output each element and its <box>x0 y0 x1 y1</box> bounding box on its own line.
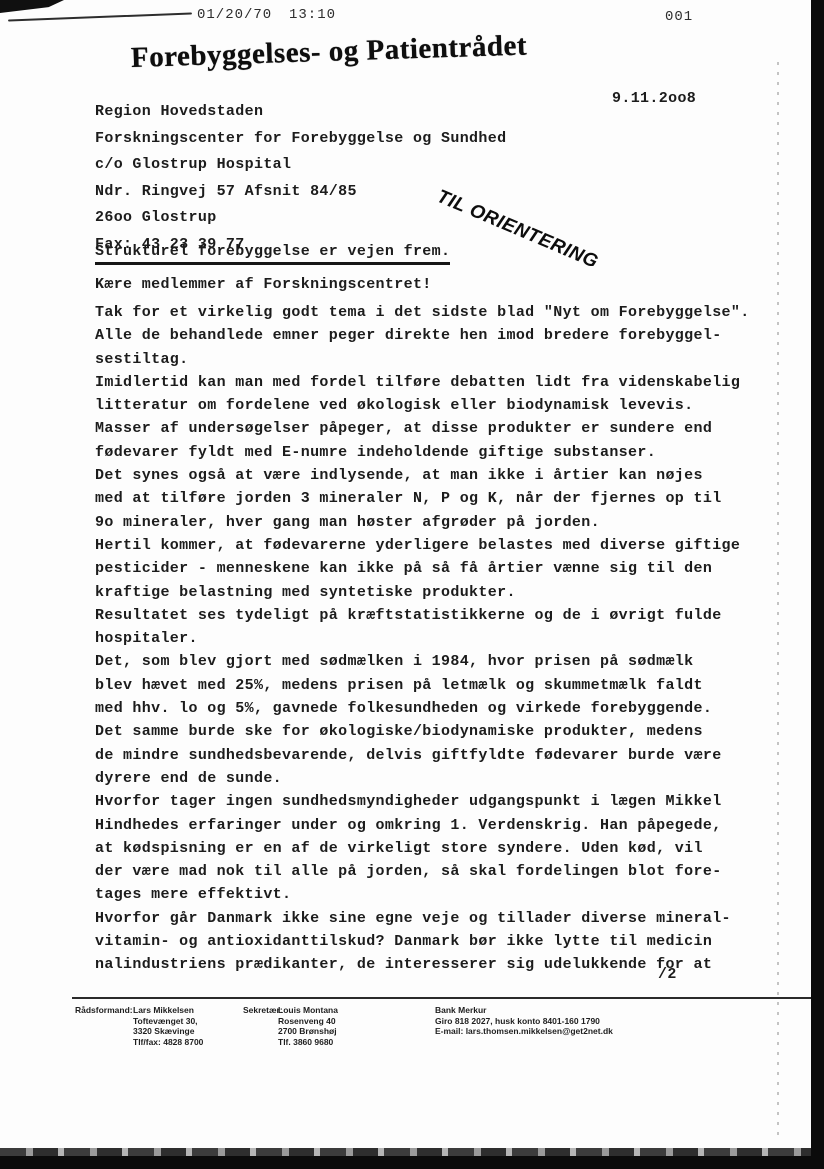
salutation: Kære medlemmer af Forskningscentret! <box>95 276 432 293</box>
secretary-contact-line: Rosenveng 40 <box>278 1016 338 1027</box>
organization-title: Forebyggelses- og Patientrådet <box>130 27 611 75</box>
bank-contact-line: Giro 818 2027, husk konto 8401-160 1790 <box>435 1016 613 1027</box>
chairman-contact-line: Lars Mikkelsen <box>133 1005 203 1016</box>
chairman-contact-block: Lars MikkelsenToftevænget 30,3320 Skævin… <box>133 1005 203 1047</box>
recipient-address-block: Region HovedstadenForskningscenter for F… <box>95 99 506 259</box>
body-text-line: litteratur om fordelene ved økologisk el… <box>95 394 767 417</box>
fax-header-time: 13:10 <box>289 7 336 23</box>
body-text-line: Det synes også at være indlysende, at ma… <box>95 464 767 487</box>
body-text-line: at kødspisning er en af de virkeligt sto… <box>95 837 767 860</box>
bank-contact-line: E-mail: lars.thomsen.mikkelsen@get2net.d… <box>435 1026 613 1037</box>
chairman-contact-line: Toftevænget 30, <box>133 1016 203 1027</box>
letter-body: Tak for et virkelig godt tema i det sids… <box>95 301 767 977</box>
body-text-line: Hertil kommer, at fødevarerne yderligere… <box>95 534 767 557</box>
body-text-line: sestiltag. <box>95 348 767 371</box>
scan-artifact-diagonal-line <box>8 12 192 21</box>
body-text-line: der være mad nok til alle på jorden, så … <box>95 860 767 883</box>
body-text-line: blev hævet med 25%, medens prisen på let… <box>95 674 767 697</box>
secretary-label: Sekretær: <box>243 1005 283 1016</box>
secretary-contact-line: Louis Montana <box>278 1005 338 1016</box>
fax-header-date: 01/20/70 <box>197 7 272 23</box>
scan-artifact-bottom-dashes <box>0 1148 824 1156</box>
scanned-fax-letter-page: 01/20/70 13:10 001 Forebyggelses- og Pat… <box>0 0 824 1169</box>
body-text-line: Tak for et virkelig godt tema i det sids… <box>95 301 767 324</box>
subject-line: Strukturel forebyggelse er vejen frem. <box>95 243 450 265</box>
body-text-line: vitamin- og antioxidanttilskud? Danmark … <box>95 930 767 953</box>
scan-artifact-corner-blob <box>0 0 64 13</box>
footer-divider-line <box>72 997 824 999</box>
recipient-address-line: Forskningscenter for Forebyggelse og Sun… <box>95 126 506 153</box>
secretary-contact-line: 2700 Brønshøj <box>278 1026 338 1037</box>
chairman-label: Rådsformand: <box>75 1005 133 1016</box>
chairman-contact-line: 3320 Skævinge <box>133 1026 203 1037</box>
bank-contact-line: Bank Merkur <box>435 1005 613 1016</box>
body-text-line: dyrere end de sunde. <box>95 767 767 790</box>
body-text-line: Resultatet ses tydeligt på kræftstatisti… <box>95 604 767 627</box>
chairman-contact-line: Tlf/fax: 4828 8700 <box>133 1037 203 1048</box>
recipient-address-line: Region Hovedstaden <box>95 99 506 126</box>
body-text-line: Hindhedes erfaringer under og omkring 1.… <box>95 814 767 837</box>
body-text-line: tages mere effektivt. <box>95 883 767 906</box>
secretary-contact-line: Tlf. 3860 9680 <box>278 1037 338 1048</box>
recipient-address-line: c/o Glostrup Hospital <box>95 152 506 179</box>
scan-artifact-dotted-column <box>777 62 779 1140</box>
letter-date: 9.11.2oo8 <box>612 90 696 107</box>
body-text-line: med hhv. lo og 5%, gavnede folkesundhede… <box>95 697 767 720</box>
body-text-line: Hvorfor går Danmark ikke sine egne veje … <box>95 907 767 930</box>
body-text-line: fødevarer fyldt med E-numre indeholdende… <box>95 441 767 464</box>
body-text-line: pesticider - menneskene kan ikke på så f… <box>95 557 767 580</box>
fax-page-counter: 001 <box>665 9 693 25</box>
body-text-line: Masser af undersøgelser påpeger, at diss… <box>95 417 767 440</box>
body-text-line: de mindre sundhedsbevarende, delvis gift… <box>95 744 767 767</box>
secretary-contact-block: Louis MontanaRosenveng 402700 BrønshøjTl… <box>278 1005 338 1047</box>
body-text-line: 9o mineraler, hver gang man høster afgrø… <box>95 511 767 534</box>
scan-artifact-right-edge <box>811 0 824 1169</box>
body-text-line: hospitaler. <box>95 627 767 650</box>
body-text-line: Imidlertid kan man med fordel tilføre de… <box>95 371 767 394</box>
body-text-line: Alle de behandlede emner peger direkte h… <box>95 324 767 347</box>
body-text-line: Hvorfor tager ingen sundhedsmyndigheder … <box>95 790 767 813</box>
body-text-line: med at tilføre jorden 3 mineraler N, P o… <box>95 487 767 510</box>
bank-contact-block: Bank MerkurGiro 818 2027, husk konto 840… <box>435 1005 613 1037</box>
body-text-line: kraftige belastning med syntetiske produ… <box>95 581 767 604</box>
scan-artifact-bottom-edge <box>0 1156 824 1169</box>
page-continuation-indicator: /2 <box>658 966 677 983</box>
body-text-line: Det samme burde ske for økologiske/biody… <box>95 720 767 743</box>
body-text-line: Det, som blev gjort med sødmælken i 1984… <box>95 650 767 673</box>
